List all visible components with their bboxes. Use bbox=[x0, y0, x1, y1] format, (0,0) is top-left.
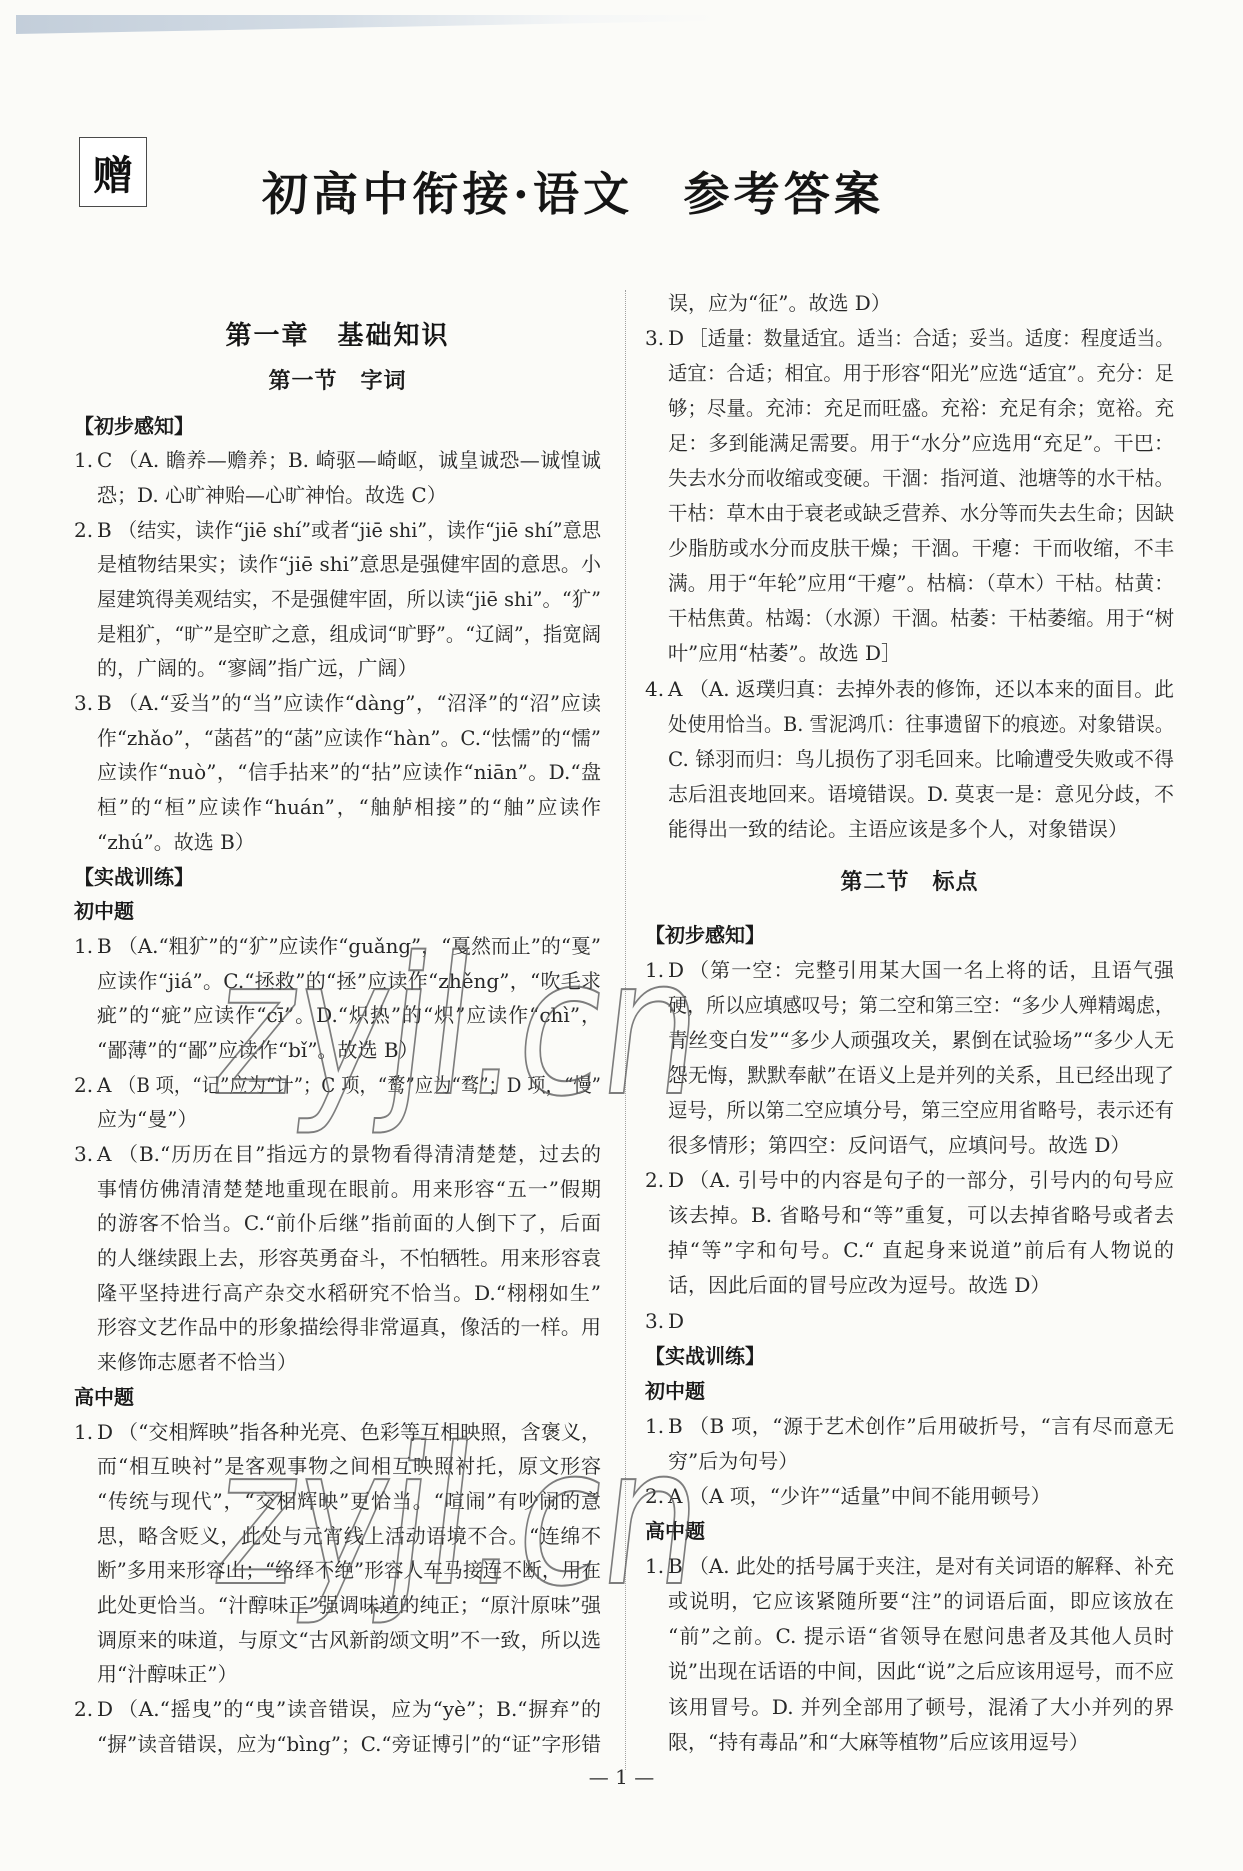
group-label-practice: 【实战训练】 bbox=[74, 860, 601, 895]
group-label-preliminary: 【初步感知】 bbox=[645, 918, 1174, 953]
explanation-line: 掉“等”字和句号。C.“ 直起身来说道”前后有人物说的 bbox=[668, 1233, 1174, 1268]
answer-first-line: 2. A （A 项，“少许”“适量”中间不能用顿号） bbox=[645, 1479, 1174, 1514]
explanation-line: 足：多到能满足需要。用于“水分”应选用“充足”。干巴： bbox=[668, 426, 1174, 461]
explanation-line: 叶”应用“枯萎”。故选 D］ bbox=[668, 636, 1174, 671]
answer-first-line: 3. B （A.“妥当”的“当”应读作“dàng”，“沼泽”的“沼”应读 bbox=[74, 686, 601, 721]
answer-letter: A bbox=[668, 1479, 689, 1514]
answer-letter: D bbox=[668, 953, 689, 988]
explanation-line: 干枯：草木由于衰老或缺乏营养、水分等而失去生命；因缺 bbox=[668, 496, 1174, 531]
answer-first-line: 1. D （“交相辉映”指各种光亮、色彩等互相映照，含褒义， bbox=[74, 1415, 601, 1450]
explanation-line: 应读作“nuò”，“信手拈来”的“拈”应读作“niān”。D.“盘 bbox=[97, 755, 601, 790]
answer-letter: C bbox=[97, 443, 118, 478]
explanation-line: （B.“历历在目”指远方的景物看得清清楚楚，过去的 bbox=[118, 1137, 601, 1172]
explanation-line: （A. 瞻养—赡养；B. 崎驱—崎岖，诚皇诚恐—诚惶诚 bbox=[118, 443, 601, 478]
answer-item: 1. B （B 项，“源于艺术创作”后用破折号，“言有尽而意无 穷”后为句号） bbox=[645, 1409, 1174, 1479]
chapter-heading: 第一章 基础知识 bbox=[74, 318, 601, 354]
explanation-line: 说”出现在话语的中间，因此“说”之后应该用逗号，而不应 bbox=[668, 1654, 1174, 1689]
answer-item: 1. C （A. 瞻养—赡养；B. 崎驱—崎岖，诚皇诚恐—诚惶诚 恐；D. 心旷… bbox=[74, 443, 601, 512]
answer-letter: D bbox=[668, 321, 689, 356]
answer-first-line: 1. B （B 项，“源于艺术创作”后用破折号，“言有尽而意无 bbox=[645, 1409, 1174, 1444]
answer-item: 1. B （A. 此处的括号属于夹注，是对有关词语的解释、补充 或说明，它应该紧… bbox=[645, 1549, 1174, 1760]
answer-item: 2. D （A.“摇曳”的“曳”读音错误，应为“yè”；B.“摒弃”的 “摒”读… bbox=[74, 1692, 601, 1761]
answer-first-line: 3. D bbox=[645, 1304, 1174, 1339]
explanation-line: （A.“妥当”的“当”应读作“dàng”，“沼泽”的“沼”应读 bbox=[118, 686, 601, 721]
answer-letter: A bbox=[668, 672, 689, 707]
page-number: — 1 — bbox=[0, 1764, 1243, 1790]
subgroup-label-junior: 初中题 bbox=[74, 894, 601, 929]
explanation-line: 的，广阔的。“寥阔”指广远，广阔） bbox=[97, 651, 601, 686]
explanation-line: 适宜：合适；相宜。用于形容“阳光”应选“适宜”。充分：足 bbox=[668, 356, 1174, 391]
answer-letter: B bbox=[97, 929, 118, 964]
explanation-line: 的游客不恰当。C.“前仆后继”指前面的人倒下了，后面 bbox=[97, 1206, 601, 1241]
question-number: 4. bbox=[645, 672, 668, 707]
question-number: 2. bbox=[74, 1068, 97, 1103]
answer-first-line: 1. B （A.“粗犷”的“犷”应读作“guǎng”，“戛然而止”的“戛” bbox=[74, 929, 601, 964]
answer-letter: B bbox=[97, 686, 118, 721]
explanation-line: 用“汁醇味正”） bbox=[97, 1657, 601, 1692]
explanation-line: 而“相互映衬”是客观事物之间相互映照衬托，原文形容 bbox=[97, 1449, 601, 1484]
answer-letter: D bbox=[668, 1163, 689, 1198]
explanation-line: 误，应为“征”。故选 D） bbox=[668, 286, 1174, 321]
explanation-line: 该用冒号。D. 并列全部用了顿号，混淆了大小并列的界 bbox=[668, 1690, 1174, 1725]
answer-first-line: 3. A （B.“历历在目”指远方的景物看得清清楚楚，过去的 bbox=[74, 1137, 601, 1172]
column-divider bbox=[625, 290, 626, 1770]
explanation-line: 志后沮丧地回来。语境错误。D. 莫衷一是：意见分歧，不 bbox=[668, 777, 1174, 812]
explanation-line: 失去水分而收缩或变硬。干涸：指河道、池塘等的水干枯。 bbox=[668, 461, 1174, 496]
subgroup-label-junior: 初中题 bbox=[645, 1374, 1174, 1409]
answer-item: 2. B （结实，读作“jiē shí”或者“jiē shi”，读作“jiē s… bbox=[74, 513, 601, 686]
question-number: 2. bbox=[74, 513, 97, 548]
explanation-line: （A. 返璞归真：去掉外表的修饰，还以本来的面目。此 bbox=[689, 672, 1174, 707]
explanation-line: 满。用于“年轮”应用“干瘪”。枯槁：（草木）干枯。枯黄： bbox=[668, 566, 1174, 601]
section-heading-1: 第一节 字词 bbox=[74, 366, 601, 398]
explanation-line: 疵”的“疵”应读作“cī”。D.“炽热”的“炽”应读作“chì”， bbox=[97, 998, 601, 1033]
answer-item: 4. A （A. 返璞归真：去掉外表的修饰，还以本来的面目。此 处使用恰当。B.… bbox=[645, 672, 1174, 847]
answer-letter: B bbox=[668, 1549, 689, 1584]
answer-first-line: 1. B （A. 此处的括号属于夹注，是对有关词语的解释、补充 bbox=[645, 1549, 1174, 1584]
answer-letter: A bbox=[97, 1068, 118, 1103]
explanation-line: 形容文艺作品中的形象描绘得非常逼真，像活的一样。用 bbox=[97, 1310, 601, 1345]
explanation-line: 穷”后为句号） bbox=[668, 1444, 1174, 1479]
explanation-line: 作“zhǎo”，“菡萏”的“菡”应读作“hàn”。C.“怯懦”的“懦” bbox=[97, 721, 601, 756]
answer-first-line: 2. D （A. 引号中的内容是句子的一部分，引号内的句号应 bbox=[645, 1163, 1174, 1198]
explanation-line: （结实，读作“jiē shí”或者“jiē shi”，读作“jiē shí”意思 bbox=[118, 513, 601, 548]
explanation-line: “前”之前。C. 提示语“省领导在慰问患者及其他人员时 bbox=[668, 1619, 1174, 1654]
question-number: 2. bbox=[645, 1163, 668, 1198]
left-column: 【初步感知】 1. C （A. 瞻养—赡养；B. 崎驱—崎岖，诚皇诚恐—诚惶诚 … bbox=[74, 409, 601, 1762]
right-column-top: 误，应为“征”。故选 D） 3. D ［适量：数量适宜。适当：合适；妥当。适度：… bbox=[645, 286, 1174, 848]
question-number: 3. bbox=[645, 321, 668, 356]
answer-item: 3. B （A.“妥当”的“当”应读作“dàng”，“沼泽”的“沼”应读 作“z… bbox=[74, 686, 601, 859]
explanation-line: 应为“曼”） bbox=[97, 1102, 601, 1137]
explanation-line: 少脂肪或水分而皮肤干燥；干涸。干瘪：干而收缩，不丰 bbox=[668, 531, 1174, 566]
explanation-line: 调原来的味道，与原文“古风新韵颂文明”不一致，所以选 bbox=[97, 1623, 601, 1658]
question-number: 1. bbox=[645, 953, 668, 988]
explanation-line: ［适量：数量适宜。适当：合适；妥当。适度：程度适当。 bbox=[689, 321, 1174, 356]
section-heading-2: 第二节 标点 bbox=[645, 867, 1174, 899]
answer-first-line: 1. D （第一空：完整引用某大国一名上将的话，且语气强 bbox=[645, 953, 1174, 988]
answer-item: 2. A （A 项，“少许”“适量”中间不能用顿号） bbox=[645, 1479, 1174, 1514]
explanation-line: 应读作“jiá”。C.“拯救”的“拯”应读作“zhěng”，“吹毛求 bbox=[97, 964, 601, 999]
question-number: 1. bbox=[74, 1415, 97, 1450]
explanation-line: （第一空：完整引用某大国一名上将的话，且语气强 bbox=[689, 953, 1174, 988]
explanation-line: 干枯焦黄。枯竭：（水源）干涸。枯萎：干枯萎缩。用于“树 bbox=[668, 601, 1174, 636]
answer-first-line: 2. B （结实，读作“jiē shí”或者“jiē shi”，读作“jiē s… bbox=[74, 513, 601, 548]
answer-key-page: 赠 初高中衔接·语文 参考答案 第一章 基础知识 第一节 字词 【初步感知】 1… bbox=[0, 0, 1243, 1871]
explanation-line: 思，略含贬义，此处与元宵线上活动语境不合。“连绵不 bbox=[97, 1519, 601, 1554]
explanation-line: （A.“摇曳”的“曳”读音错误，应为“yè”；B.“摒弃”的 bbox=[118, 1692, 601, 1727]
explanation-line: 硬，所以应填感叹号；第二空和第三空：“多少人殚精竭虑， bbox=[668, 988, 1174, 1023]
explanation-line: 桓”的“桓”应读作“huán”，“舳舻相接”的“舳”应读作 bbox=[97, 790, 601, 825]
explanation-line: （B 项，“源于艺术创作”后用破折号，“言有尽而意无 bbox=[689, 1409, 1174, 1444]
explanation-line: （A.“粗犷”的“犷”应读作“guǎng”，“戛然而止”的“戛” bbox=[118, 929, 601, 964]
explanation-line: 此处更恰当。“汁醇味正”强调味道的纯正；“原汁原味”强 bbox=[97, 1588, 601, 1623]
explanation-line: （B 项，“记”应为“计”；C 项，“鹜”应为“骛”；D 项，“慢” bbox=[118, 1068, 601, 1103]
page-title: 初高中衔接·语文 参考答案 bbox=[262, 168, 880, 220]
answer-first-line: 4. A （A. 返璞归真：去掉外表的修饰，还以本来的面目。此 bbox=[645, 672, 1174, 707]
answer-item-continued: 误，应为“征”。故选 D） bbox=[645, 286, 1174, 321]
answer-item: 2. A （B 项，“记”应为“计”；C 项，“鹜”应为“骛”；D 项，“慢” … bbox=[74, 1068, 601, 1137]
question-number: 3. bbox=[645, 1304, 668, 1339]
explanation-line: C. 铩羽而归：鸟儿损伤了羽毛回来。比喻遭受失败或不得 bbox=[668, 742, 1174, 777]
answer-letter: B bbox=[97, 513, 118, 548]
subgroup-label-senior: 高中题 bbox=[645, 1514, 1174, 1549]
answer-item: 1. B （A.“粗犷”的“犷”应读作“guǎng”，“戛然而止”的“戛” 应读… bbox=[74, 929, 601, 1068]
explanation-line: 限，“持有毒品”和“大麻等植物”后应该用逗号） bbox=[668, 1725, 1174, 1760]
explanation-line: 事情仿佛清清楚楚地重现在眼前。用来形容“五一”假期 bbox=[97, 1172, 601, 1207]
answer-letter: D bbox=[97, 1415, 118, 1450]
explanation-line: （“交相辉映”指各种光亮、色彩等互相映照，含褒义， bbox=[118, 1415, 601, 1450]
header-decoration-bar bbox=[16, 15, 716, 34]
question-number: 3. bbox=[74, 1137, 97, 1172]
answer-item: 3. D bbox=[645, 1304, 1174, 1339]
explanation-line: 是粗犷，“旷”是空旷之意，组成词“旷野”。“辽阔”，指宽阔 bbox=[97, 617, 601, 652]
explanation-line: 怨无悔，默默奉献”在语义上是并列的关系，且已经出现了 bbox=[668, 1058, 1174, 1093]
question-number: 1. bbox=[645, 1409, 668, 1444]
answer-item: 1. D （“交相辉映”指各种光亮、色彩等互相映照，含褒义， 而“相互映衬”是客… bbox=[74, 1415, 601, 1693]
group-label-practice: 【实战训练】 bbox=[645, 1339, 1174, 1374]
explanation-line: 青丝变白发”“多少人顽强攻关，累倒在试验场”“多少人无 bbox=[668, 1023, 1174, 1058]
explanation-line: 很多情形；第四空：反问语气，应填问号。故选 D） bbox=[668, 1128, 1174, 1163]
explanation-line: 话，因此后面的冒号应改为逗号。故选 D） bbox=[668, 1268, 1174, 1303]
explanation-line: 逗号，所以第二空应填分号，第三空应用省略号，表示还有 bbox=[668, 1093, 1174, 1128]
subgroup-label-senior: 高中题 bbox=[74, 1380, 601, 1415]
answer-first-line: 2. A （B 项，“记”应为“计”；C 项，“鹜”应为“骛”；D 项，“慢” bbox=[74, 1068, 601, 1103]
answer-item: 1. D （第一空：完整引用某大国一名上将的话，且语气强 硬，所以应填感叹号；第… bbox=[645, 953, 1174, 1164]
answer-letter: B bbox=[668, 1409, 689, 1444]
explanation-line: 够；尽量。充沛：充足而旺盛。充裕：充足有余；宽裕。充 bbox=[668, 391, 1174, 426]
answer-first-line: 3. D ［适量：数量适宜。适当：合适；妥当。适度：程度适当。 bbox=[645, 321, 1174, 356]
answer-item: 3. D ［适量：数量适宜。适当：合适；妥当。适度：程度适当。 适宜：合适；相宜… bbox=[645, 321, 1174, 672]
explanation-line: “zhú”。故选 B） bbox=[97, 825, 601, 860]
explanation-line: 是植物结果实；读作“jiē shi”意思是强健牢固的意思。小 bbox=[97, 547, 601, 582]
question-number: 1. bbox=[74, 443, 97, 478]
explanation-line: 该去掉。B. 省略号和“等”重复，可以去掉省略号或者去 bbox=[668, 1198, 1174, 1233]
gift-badge: 赠 bbox=[79, 137, 147, 207]
answer-letter: A bbox=[97, 1137, 118, 1172]
explanation-line: 处使用恰当。B. 雪泥鸿爪：往事遗留下的痕迹。对象错误。 bbox=[668, 707, 1174, 742]
explanation-line: （A 项，“少许”“适量”中间不能用顿号） bbox=[689, 1479, 1174, 1514]
explanation-line: （A. 此处的括号属于夹注，是对有关词语的解释、补充 bbox=[689, 1549, 1174, 1584]
explanation-line: 断”多用来形容山；“络绎不绝”形容人车马接连不断，用在 bbox=[97, 1553, 601, 1588]
explanation-line: （A. 引号中的内容是句子的一部分，引号内的句号应 bbox=[689, 1163, 1174, 1198]
explanation-line: 能得出一致的结论。主语应该是多个人，对象错误） bbox=[668, 812, 1174, 847]
explanation-line: 屋建筑得美观结实，不是强健牢固，所以读“jiē shi”。“犷” bbox=[97, 582, 601, 617]
explanation-line: 来修饰志愿者不恰当） bbox=[97, 1345, 601, 1380]
explanation-line: 或说明，它应该紧随所要“注”的词语后面，即应该放在 bbox=[668, 1584, 1174, 1619]
explanation-line: 恐；D. 心旷神贻—心旷神怡。故选 C） bbox=[97, 478, 601, 513]
question-number: 1. bbox=[74, 929, 97, 964]
answer-item: 3. A （B.“历历在目”指远方的景物看得清清楚楚，过去的 事情仿佛清清楚楚地… bbox=[74, 1137, 601, 1380]
answer-first-line: 1. C （A. 瞻养—赡养；B. 崎驱—崎岖，诚皇诚恐—诚惶诚 bbox=[74, 443, 601, 478]
answer-first-line: 2. D （A.“摇曳”的“曳”读音错误，应为“yè”；B.“摒弃”的 bbox=[74, 1692, 601, 1727]
question-number: 1. bbox=[645, 1549, 668, 1584]
answer-letter: D bbox=[668, 1304, 689, 1339]
question-number: 2. bbox=[74, 1692, 97, 1727]
explanation-line: “摒”读音错误，应为“bìng”；C.“旁证博引”的“证”字形错 bbox=[97, 1727, 601, 1762]
group-label-preliminary: 【初步感知】 bbox=[74, 409, 601, 444]
explanation-line: 的人继续跟上去，形容英勇奋斗，不怕牺牲。用来形容袁 bbox=[97, 1241, 601, 1276]
question-number: 2. bbox=[645, 1479, 668, 1514]
right-column-bottom: 【初步感知】 1. D （第一空：完整引用某大国一名上将的话，且语气强 硬，所以… bbox=[645, 918, 1174, 1760]
explanation-line: “传统与现代”，“交相辉映”更恰当。“喧闹”有吵闹的意 bbox=[97, 1484, 601, 1519]
explanation-line: “鄙薄”的“鄙”应读作“bǐ”。故选 B） bbox=[97, 1033, 601, 1068]
answer-item: 2. D （A. 引号中的内容是句子的一部分，引号内的句号应 该去掉。B. 省略… bbox=[645, 1163, 1174, 1303]
question-number: 3. bbox=[74, 686, 97, 721]
explanation-line: 隆平坚持进行高产杂交水稻研究不恰当。D.“栩栩如生” bbox=[97, 1276, 601, 1311]
answer-letter: D bbox=[97, 1692, 118, 1727]
